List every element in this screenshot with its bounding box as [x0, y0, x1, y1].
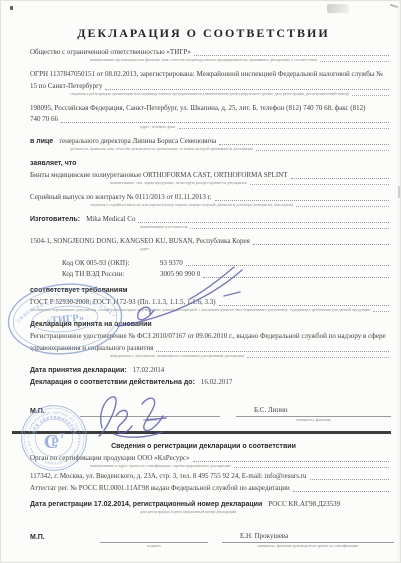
standards-caption: обозначение нормативных документов, соот…: [30, 308, 370, 313]
dotted-fill: [190, 228, 389, 229]
issue-row: Серийный выпуск по контракту № 0111/2013…: [30, 193, 391, 202]
caption-row: наименование, тип, марка продукции, на к…: [30, 181, 391, 186]
document-title: ДЕКЛАРАЦИЯ О СООТВЕТСТВИИ: [30, 26, 377, 40]
stamp-place-label: М.П.: [30, 534, 86, 542]
dotted-fill: [61, 122, 389, 123]
dotted-fill: [250, 184, 389, 185]
registration-number: РОСС KR.АГ98.Д23539: [268, 500, 340, 509]
caption-row: сведения о серийном выпуске или партии (…: [30, 203, 391, 208]
acceptance-date-label: Дата принятия декларации:: [30, 366, 127, 375]
name-caption: инициалы, фамилия: [236, 417, 391, 423]
issue-caption: сведения о серийном выпуске или партии (…: [90, 203, 293, 208]
cert-org-address: 117342, г. Москва, ул. Введенского, д. 2…: [30, 472, 307, 481]
basis-line-1: Регистрационное удостоверение № ФСЗ 2010…: [30, 332, 386, 341]
signature-line: [80, 403, 220, 417]
okp-value: 93 9370: [160, 259, 183, 268]
conforms-label: соответствует требованиям: [30, 286, 391, 295]
representative-row: в лице генерального директора Липина Бор…: [30, 137, 391, 146]
address-line-2: 740 70 66: [30, 115, 58, 124]
ogrn-row: ОГРН 1137847050151 от 08.02.2013, зареги…: [30, 70, 391, 79]
dotted-fill: [256, 150, 389, 151]
manufacturer-name: Mika Medical Co: [86, 215, 135, 224]
representative-name: генерального директора Липина Бориса Сем…: [59, 137, 216, 146]
registration-date-text: Дата регистрации 17.02.2014, регистрацио…: [30, 500, 262, 509]
caption-row: дата регистрации и регистрационный номер…: [30, 510, 391, 515]
declarant-name: Общество с ограниченной ответственностью…: [30, 48, 191, 57]
in-person-label: в лице: [30, 137, 53, 146]
standards-text: ГОСТ Р 52930-2008; ГОСТ 1172-93 (Пп. 1.1…: [30, 298, 216, 307]
manufacturer-address: 1504-1, SONGJEONG DONG, KANGSEO KU, BUSA…: [30, 237, 250, 246]
dotted-fill: [105, 89, 389, 90]
caption-row: адрес, телефон, факс: [30, 125, 391, 130]
address-caption: адрес, телефон, факс: [140, 125, 176, 130]
stamp-place-label: М.П.: [30, 408, 64, 416]
dotted-fill: [234, 467, 389, 468]
basis-line-2: здравоохранения и социального развития: [30, 344, 153, 353]
section-divider: [12, 431, 391, 434]
dotted-fill: [203, 277, 389, 278]
valid-until-label: Декларация о соответствии действительна …: [30, 378, 195, 387]
manufacturer-label: Изготовитель:: [30, 215, 80, 224]
caption-row: наименование и адрес органа по сертифика…: [30, 464, 391, 469]
address-row-2: 740 70 66: [30, 115, 391, 124]
signature-caption: подпись: [100, 543, 208, 549]
cert-org-caption: наименование и адрес органа по сертифика…: [90, 464, 231, 469]
dotted-fill: [373, 311, 389, 312]
basis-row-2: здравоохранения и социального развития: [30, 344, 391, 353]
address-row: 198095, Российская Федерация, Санкт-Пете…: [30, 104, 391, 113]
registrar-signature-block: М.П. Е.Н. Прокушева подпись инициалы, фа…: [30, 529, 391, 549]
dotted-fill: [352, 95, 389, 96]
product-caption: наименование, тип, марка продукции, на к…: [110, 181, 247, 186]
manufacturer-address-row: 1504-1, SONGJEONG DONG, KANGSEO KU, BUSA…: [30, 237, 391, 246]
ogrn-line-2: 15 по Санкт-Петербургу: [30, 82, 102, 91]
declaration-document: ДЕКЛАРАЦИЯ О СООТВЕТСТВИИ Общество с огр…: [0, 0, 401, 563]
dotted-fill: [219, 144, 389, 145]
director-initials-name: Б.С. Липин: [254, 406, 288, 415]
tnved-code-row: Код ТН ВЭД России: 3005 90 990 0: [30, 270, 391, 279]
manufacturer-address-caption: адрес: [140, 247, 149, 252]
manufacturer-caption: наименование изготовителя: [140, 225, 187, 230]
cert-org-row: Орган по сертификации продукции ООО «КлР…: [30, 454, 391, 463]
registrar-name-caption: инициалы, фамилия руководителя органа по…: [222, 543, 394, 549]
scan-corner-mark: [390, 4, 398, 8]
dotted-fill: [320, 61, 389, 62]
dotted-fill: [253, 244, 389, 245]
ogrn-caption: сведения о регистрации организации или и…: [70, 92, 349, 97]
dotted-fill: [291, 178, 390, 179]
standards-row: ГОСТ Р 52930-2008; ГОСТ 1172-93 (Пп. 1.1…: [30, 298, 391, 307]
scan-smudge: [327, 4, 349, 13]
tnved-value: 3005 90 990 0: [160, 270, 200, 279]
dotted-fill: [179, 128, 389, 129]
representative-caption: должность, фамилия, имя, отчество руково…: [70, 147, 253, 152]
dotted-fill: [296, 206, 389, 207]
dotted-fill: [219, 305, 389, 306]
attestation-row: Аттестат рег. № РОСС RU.0001.11АГ98 выда…: [30, 484, 391, 493]
caption-row: наименование организации или фамилия, им…: [30, 58, 391, 63]
cert-org-name: Орган по сертификации продукции ООО «КлР…: [30, 454, 190, 463]
manufacturer-row: Изготовитель: Mika Medical Co: [30, 215, 391, 224]
caption-row: информация о документах, являющихся осно…: [30, 354, 391, 359]
issue-text: Серийный выпуск по контракту № 0111/2013…: [30, 193, 212, 202]
product-row: Бинты медицинские полиуретановые ORTHOFO…: [30, 171, 391, 180]
caption-row: адрес: [30, 247, 391, 252]
basis-label: Декларация принята на основании: [30, 320, 391, 329]
dotted-fill: [156, 351, 389, 352]
basis-row: Регистрационное удостоверение № ФСЗ 2010…: [30, 332, 391, 341]
product-name: Бинты медицинские полиуретановые ORTHOFO…: [30, 171, 288, 180]
declarant-name-row: Общество с ограниченной ответственностью…: [30, 48, 391, 57]
caption-row: обозначение нормативных документов, соот…: [30, 308, 391, 313]
dotted-fill: [138, 222, 389, 223]
signature-caption: подпись: [80, 417, 220, 423]
dotted-fill: [215, 200, 389, 201]
name-line: Б.С. Липин: [236, 403, 391, 417]
name-line: Е.Н. Прокушева: [222, 529, 394, 543]
basis-caption: информация о документах, являющихся осно…: [110, 354, 244, 359]
okp-code-row: Код ОК 005-93 (ОКП): 93 9370: [30, 259, 391, 268]
dotted-fill: [247, 357, 389, 358]
address-line-1: 198095, Российская Федерация, Санкт-Пете…: [30, 104, 365, 113]
acceptance-date-value: 17.02.2014: [133, 366, 165, 375]
dotted-fill: [186, 265, 389, 266]
scan-speck: [10, 6, 13, 10]
okp-label: Код ОК 005-93 (ОКП):: [62, 259, 160, 268]
registration-date-row: Дата регистрации 17.02.2014, регистрацио…: [30, 500, 391, 509]
registration-date-caption: дата регистрации и регистрационный номер…: [140, 510, 236, 515]
dotted-fill: [293, 491, 389, 492]
valid-until-row: Декларация о соответствии действительна …: [30, 378, 391, 387]
registration-heading: Сведения о регистрации декларации о соот…: [30, 442, 377, 451]
declares-label: заявляет, что: [30, 159, 391, 168]
cert-org-address-row: 117342, г. Москва, ул. Введенского, д. 2…: [30, 472, 391, 481]
dotted-fill: [194, 55, 389, 56]
acceptance-date-row: Дата принятия декларации: 17.02.2014: [30, 366, 391, 375]
scan-edge-mark: [398, 186, 400, 198]
signature-line: [100, 529, 208, 543]
declarant-signature-block: М.П. Б.С. Липин подпись инициалы, фамили…: [30, 403, 391, 423]
dotted-fill: [310, 479, 389, 480]
caption-row: сведения о регистрации организации или и…: [30, 92, 391, 97]
dotted-fill: [193, 461, 390, 462]
ogrn-line-1: ОГРН 1137847050151 от 08.02.2013, зареги…: [30, 70, 383, 79]
tnved-label: Код ТН ВЭД России:: [62, 270, 160, 279]
registrar-initials-name: Е.Н. Прокушева: [240, 532, 288, 541]
attestation-text: Аттестат рег. № РОСС RU.0001.11АГ98 выда…: [30, 484, 290, 493]
ogrn-row-2: 15 по Санкт-Петербургу: [30, 82, 391, 91]
valid-until-value: 16.02.2017: [201, 378, 233, 387]
declarant-name-caption: наименование организации или фамилия, им…: [90, 58, 317, 63]
caption-row: наименование изготовителя: [30, 225, 391, 230]
caption-row: должность, фамилия, имя, отчество руково…: [30, 147, 391, 152]
